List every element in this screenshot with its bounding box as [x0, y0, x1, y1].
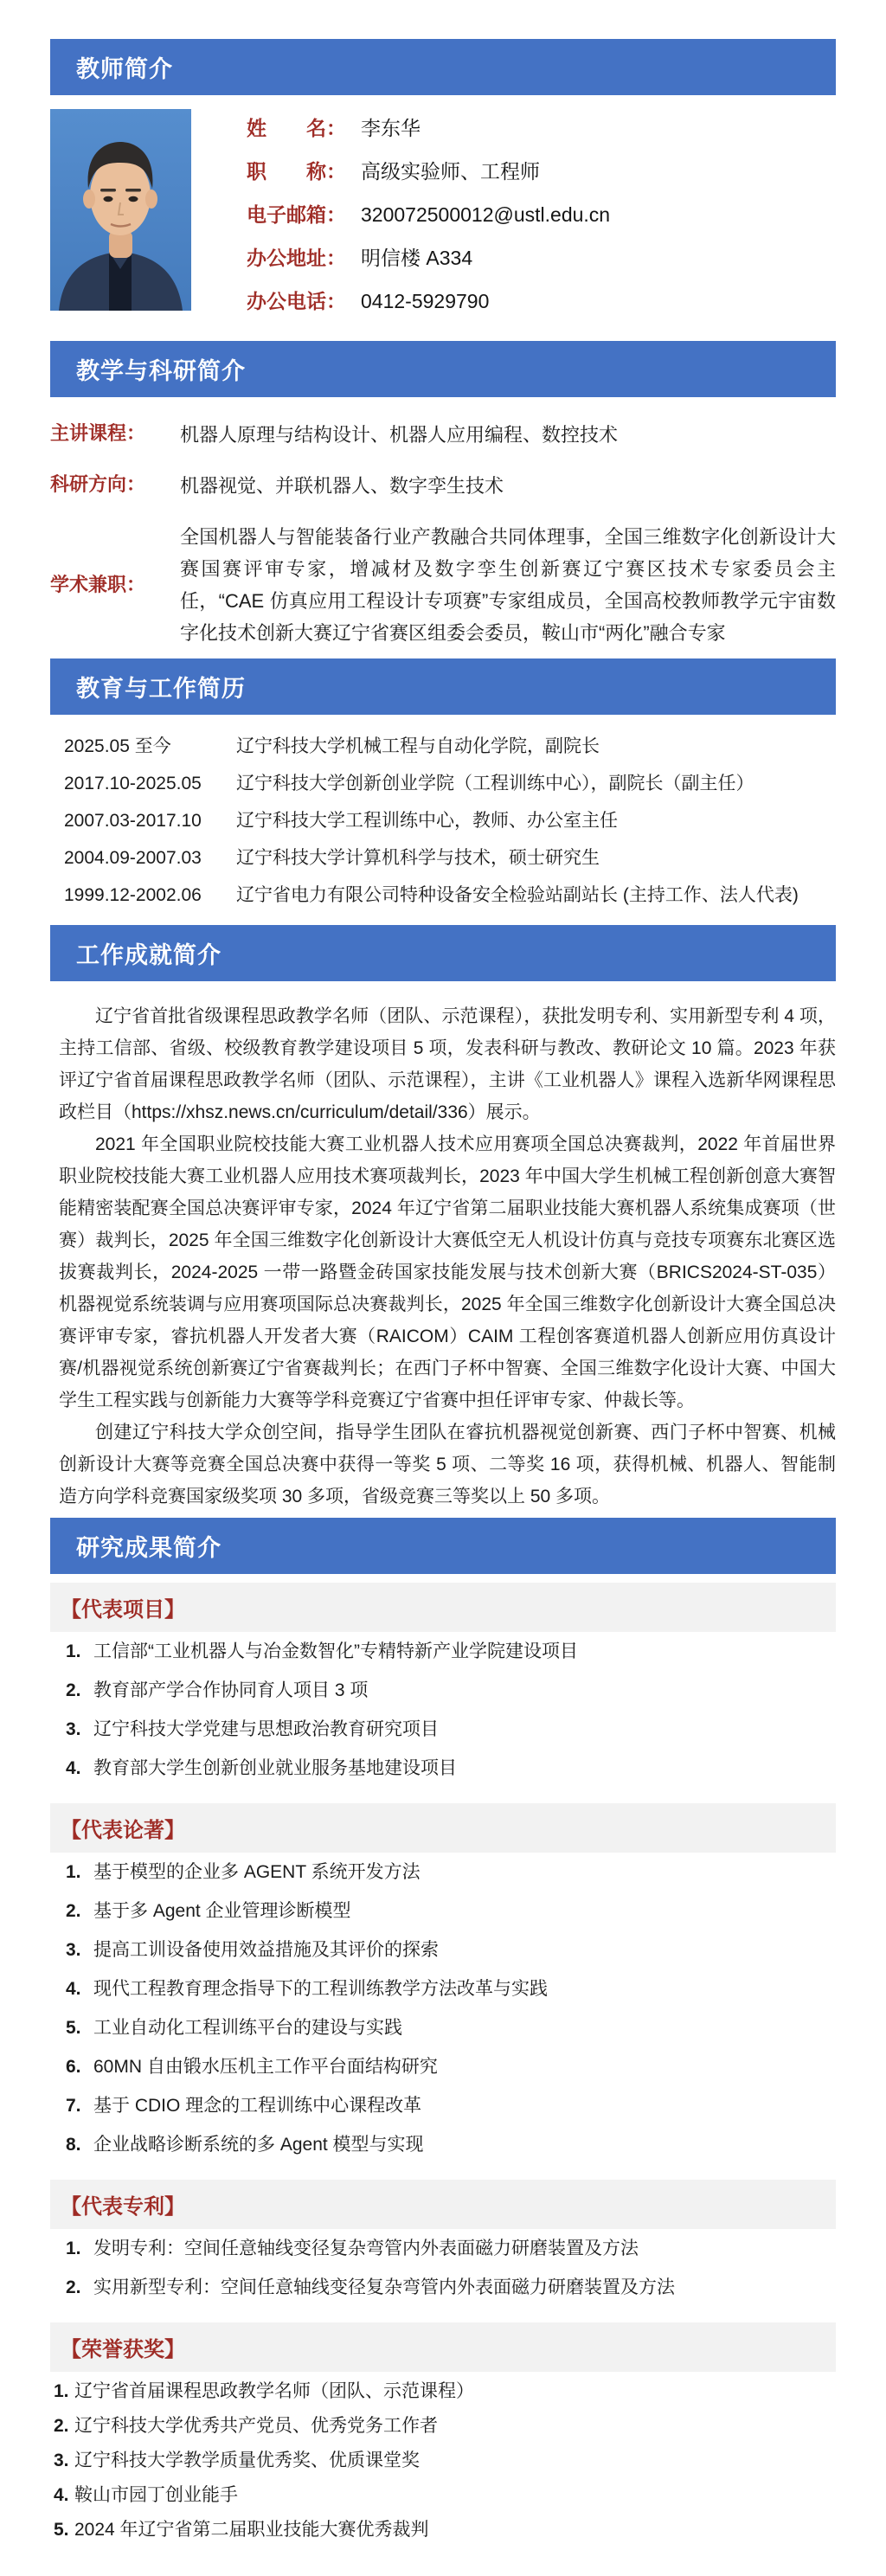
item-number: 1. [50, 2239, 93, 2259]
field-title-value: 高级实验师、工程师 [361, 156, 540, 184]
history-detail: 辽宁省电力有限公司特种设备安全检验站副站长 (主持工作、法人代表) [236, 881, 799, 907]
list-item: 6. 60MN 自由锻水压机主工作平台面结构研究 [50, 2052, 836, 2091]
history-row: 1999.12-2002.06 辽宁省电力有限公司特种设备安全检验站副站长 (主… [50, 881, 836, 918]
section-header-research-results: 研究成果简介 [50, 1518, 836, 1574]
item-number: 2. [50, 1680, 93, 1701]
achievements-paragraph: 创建辽宁科技大学众创空间，指导学生团队在睿抗机器视觉创新赛、西门子杯中智赛、机械… [59, 1416, 836, 1513]
achievements-paragraph: 2021 年全国职业院校技能大赛工业机器人技术应用赛项全国总决赛裁判，2022 … [59, 1128, 836, 1416]
group-heading-publications-label: 【代表论著】 [61, 1819, 185, 1842]
item-number: 3. [50, 1719, 93, 1740]
group-heading-awards: 【荣誉获奖】 [50, 2322, 836, 2372]
field-name: 姓 名： 李东华 [247, 112, 610, 156]
list-item: 1. 基于模型的企业多 AGENT 系统开发方法 [50, 1858, 836, 1897]
list-item: 2. 教育部产学合作协同育人项目 3 项 [50, 1676, 836, 1715]
field-office: 办公地址： 明信楼 A334 [247, 242, 610, 286]
page-bottom-spacer [50, 2552, 836, 2576]
item-number: 1. [50, 1641, 93, 1662]
academic-positions-value: 全国机器人与智能装备行业产教融合共同体理事，全国三维数字化创新设计大赛国赛评审专… [180, 521, 836, 649]
list-item: 2. 基于多 Agent 企业管理诊断模型 [50, 1897, 836, 1936]
history-period: 1999.12-2002.06 [50, 885, 236, 906]
field-email-label: 电子邮箱： [247, 199, 361, 228]
courses-label: 主讲课程： [50, 419, 180, 448]
history-row: 2017.10-2025.05 辽宁科技大学创新创业学院（工程训练中心），副院长… [50, 769, 836, 806]
teaching-block: 主讲课程： 机器人原理与结构设计、机器人应用编程、数控技术 科研方向： 机器视觉… [50, 409, 836, 658]
item-number: 5. [50, 2520, 74, 2541]
teaching-row-courses: 主讲课程： 机器人原理与结构设计、机器人应用编程、数控技术 [50, 409, 836, 460]
item-number: 1. [50, 1862, 93, 1883]
teacher-photo [50, 109, 191, 311]
item-text: 基于模型的企业多 AGENT 系统开发方法 [93, 1858, 421, 1884]
section-header-teaching-research: 教学与科研简介 [50, 341, 836, 397]
section-header-teacher-intro: 教师简介 [50, 39, 836, 95]
item-text: 企业战略诊断系统的多 Agent 模型与实现 [93, 2130, 424, 2156]
history-period: 2004.09-2007.03 [50, 848, 236, 869]
group-heading-projects-label: 【代表项目】 [61, 1598, 185, 1622]
list-item: 2. 实用新型专利：空间任意轴线变径复杂弯管内外表面磁力研磨装置及方法 [50, 2273, 836, 2312]
list-item: 8. 企业战略诊断系统的多 Agent 模型与实现 [50, 2130, 836, 2169]
history-row: 2025.05 至今 辽宁科技大学机械工程与自动化学院，副院长 [50, 732, 836, 769]
group-heading-patents: 【代表专利】 [50, 2180, 836, 2229]
field-title: 职 称： 高级实验师、工程师 [247, 156, 610, 199]
item-number: 5. [50, 2018, 93, 2039]
list-item: 3. 辽宁科技大学教学质量优秀奖、优质课堂奖 [50, 2446, 836, 2481]
list-item: 5. 工业自动化工程训练平台的建设与实践 [50, 2014, 836, 2052]
item-text: 实用新型专利：空间任意轴线变径复杂弯管内外表面磁力研磨装置及方法 [93, 2273, 675, 2299]
item-text: 教育部产学合作协同育人项目 3 项 [93, 1676, 368, 1702]
item-text: 2024 年辽宁省第二届职业技能大赛优秀裁判 [74, 2515, 429, 2541]
item-number: 8. [50, 2135, 93, 2155]
item-text: 辽宁科技大学优秀共产党员、优秀党务工作者 [74, 2412, 438, 2438]
teaching-row-academic-positions: 学术兼职： 全国机器人与智能装备行业产教融合共同体理事，全国三维数字化创新设计大… [50, 511, 836, 658]
field-name-value: 李东华 [361, 112, 421, 141]
history-period: 2007.03-2017.10 [50, 811, 236, 832]
teaching-row-research-direction: 科研方向： 机器视觉、并联机器人、数字孪生技术 [50, 460, 836, 511]
history-detail: 辽宁科技大学创新创业学院（工程训练中心），副院长（副主任） [236, 769, 754, 795]
item-text: 鞍山市园丁创业能手 [74, 2481, 238, 2507]
field-email-value: 320072500012@ustl.edu.cn [361, 203, 610, 227]
list-item: 1. 工信部“工业机器人与冶金数智化”专精特新产业学院建设项目 [50, 1637, 836, 1676]
section-header-history: 教育与工作简历 [50, 658, 836, 715]
item-text: 辽宁科技大学党建与思想政治教育研究项目 [93, 1715, 439, 1741]
item-text: 发明专利：空间任意轴线变径复杂弯管内外表面磁力研磨装置及方法 [93, 2234, 639, 2260]
item-text: 提高工训设备使用效益措施及其评价的探索 [93, 1936, 439, 1962]
field-name-label: 姓 名： [247, 112, 361, 141]
history-period: 2025.05 至今 [50, 732, 236, 758]
group-heading-publications: 【代表论著】 [50, 1803, 836, 1853]
item-number: 2. [50, 1901, 93, 1922]
item-text: 辽宁省首届课程思政教学名师（团队、示范课程） [74, 2377, 474, 2403]
list-item: 4. 教育部大学生创新创业就业服务基地建设项目 [50, 1754, 836, 1793]
field-office-value: 明信楼 A334 [361, 242, 472, 271]
history-period: 2017.10-2025.05 [50, 774, 236, 794]
history-detail: 辽宁科技大学工程训练中心，教师、办公室主任 [236, 806, 618, 832]
item-text: 辽宁科技大学教学质量优秀奖、优质课堂奖 [74, 2446, 420, 2472]
list-item: 1. 辽宁省首届课程思政教学名师（团队、示范课程） [50, 2377, 836, 2412]
item-text: 现代工程教育理念指导下的工程训练教学方法改革与实践 [93, 1975, 548, 2001]
projects-list: 1. 工信部“工业机器人与冶金数智化”专精特新产业学院建设项目 2. 教育部产学… [50, 1632, 836, 1795]
list-item: 4. 鞍山市园丁创业能手 [50, 2481, 836, 2515]
item-text: 基于多 Agent 企业管理诊断模型 [93, 1897, 351, 1923]
research-direction-label: 科研方向： [50, 470, 180, 499]
history-row: 2004.09-2007.03 辽宁科技大学计算机科学与技术，硕士研究生 [50, 844, 836, 881]
history-detail: 辽宁科技大学计算机科学与技术，硕士研究生 [236, 844, 600, 870]
profile-block: 姓 名： 李东华 职 称： 高级实验师、工程师 电子邮箱： 3200725000… [50, 109, 836, 329]
item-number: 4. [50, 2485, 74, 2506]
courses-value: 机器人原理与结构设计、机器人应用编程、数控技术 [180, 419, 836, 451]
item-number: 7. [50, 2096, 93, 2117]
item-text: 60MN 自由锻水压机主工作平台面结构研究 [93, 2052, 438, 2078]
achievements-paragraph: 辽宁省首批省级课程思政教学名师（团队、示范课程），获批发明专利、实用新型专利 4… [59, 1000, 836, 1128]
item-text: 教育部大学生创新创业就业服务基地建设项目 [93, 1754, 457, 1780]
list-item: 7. 基于 CDIO 理念的工程训练中心课程改革 [50, 2091, 836, 2130]
field-phone: 办公电话： 0412-5929790 [247, 286, 610, 329]
group-heading-projects: 【代表项目】 [50, 1583, 836, 1632]
list-item: 3. 辽宁科技大学党建与思想政治教育研究项目 [50, 1715, 836, 1754]
item-number: 2. [50, 2416, 74, 2437]
list-item: 1. 发明专利：空间任意轴线变径复杂弯管内外表面磁力研磨装置及方法 [50, 2234, 836, 2273]
profile-fields: 姓 名： 李东华 职 称： 高级实验师、工程师 电子邮箱： 3200725000… [247, 109, 610, 329]
history-row: 2007.03-2017.10 辽宁科技大学工程训练中心，教师、办公室主任 [50, 806, 836, 844]
field-email: 电子邮箱： 320072500012@ustl.edu.cn [247, 199, 610, 242]
field-office-label: 办公地址： [247, 242, 361, 271]
item-text: 基于 CDIO 理念的工程训练中心课程改革 [93, 2091, 421, 2117]
group-heading-awards-label: 【荣誉获奖】 [61, 2338, 185, 2361]
field-phone-label: 办公电话： [247, 286, 361, 314]
achievements-block: 辽宁省首批省级课程思政教学名师（团队、示范课程），获批发明专利、实用新型专利 4… [50, 993, 836, 1518]
patents-list: 1. 发明专利：空间任意轴线变径复杂弯管内外表面磁力研磨装置及方法 2. 实用新… [50, 2229, 836, 2314]
item-number: 4. [50, 1758, 93, 1779]
list-item: 4. 现代工程教育理念指导下的工程训练教学方法改革与实践 [50, 1975, 836, 2014]
item-number: 1. [50, 2381, 74, 2402]
item-number: 6. [50, 2057, 93, 2078]
teacher-profile-page: 教师简介 [0, 0, 886, 2576]
item-number: 3. [50, 2451, 74, 2471]
group-heading-patents-label: 【代表专利】 [61, 2195, 185, 2219]
list-item: 5. 2024 年辽宁省第二届职业技能大赛优秀裁判 [50, 2515, 836, 2550]
list-item: 2. 辽宁科技大学优秀共产党员、优秀党务工作者 [50, 2412, 836, 2446]
item-number: 3. [50, 1940, 93, 1961]
item-number: 4. [50, 1979, 93, 2000]
history-detail: 辽宁科技大学机械工程与自动化学院，副院长 [236, 732, 600, 758]
publications-list: 1. 基于模型的企业多 AGENT 系统开发方法 2. 基于多 Agent 企业… [50, 1853, 836, 2171]
field-phone-value: 0412-5929790 [361, 290, 489, 313]
item-number: 2. [50, 2277, 93, 2298]
history-block: 2025.05 至今 辽宁科技大学机械工程与自动化学院，副院长 2017.10-… [50, 727, 836, 925]
list-item: 3. 提高工训设备使用效益措施及其评价的探索 [50, 1936, 836, 1975]
item-text: 工业自动化工程训练平台的建设与实践 [93, 2014, 402, 2040]
awards-list: 1. 辽宁省首届课程思政教学名师（团队、示范课程） 2. 辽宁科技大学优秀共产党… [50, 2372, 836, 2552]
field-title-label: 职 称： [247, 156, 361, 184]
section-header-achievements: 工作成就简介 [50, 925, 836, 981]
research-direction-value: 机器视觉、并联机器人、数字孪生技术 [180, 470, 836, 502]
item-text: 工信部“工业机器人与冶金数智化”专精特新产业学院建设项目 [93, 1637, 578, 1663]
academic-positions-label: 学术兼职： [50, 570, 180, 600]
